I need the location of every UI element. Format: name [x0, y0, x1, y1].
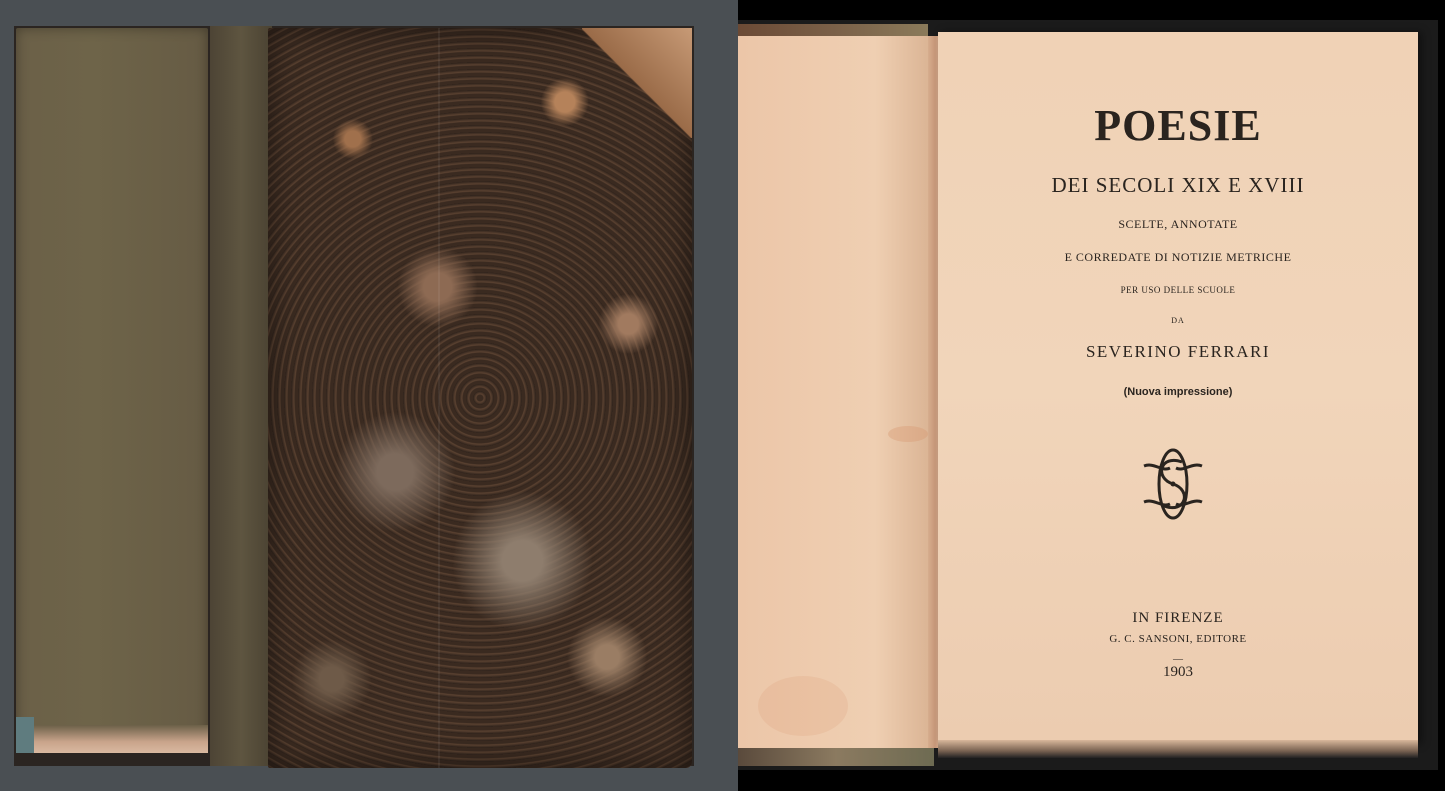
cloth-spine	[16, 28, 208, 753]
worn-corner	[582, 28, 692, 138]
by-label: DA	[938, 316, 1418, 325]
marbled-cover-board	[268, 28, 692, 768]
subtitle-line-3: PER USO DELLE SCUOLE	[938, 285, 1418, 295]
crease-line	[438, 28, 440, 768]
title-page: POESIE DEI SECOLI XIX E XVIII SCELTE, AN…	[938, 32, 1418, 744]
book-subtitle: DEI SECOLI XIX E XVIII	[938, 173, 1418, 198]
foxing-stain	[888, 426, 928, 442]
author-name: SEVERINO FERRARI	[938, 342, 1418, 362]
spine-corner	[16, 717, 34, 753]
publisher-name: G. C. SANSONI, EDITORE	[938, 633, 1418, 645]
subtitle-line-1: SCELTE, ANNOTATE	[938, 217, 1418, 232]
water-stain	[758, 676, 848, 736]
publisher-monogram-icon	[1140, 444, 1206, 524]
page-block-edge	[938, 740, 1418, 758]
cloth-hinge-strip	[210, 26, 272, 766]
edition-note: (Nuova impressione)	[938, 386, 1418, 398]
subtitle-line-2: E CORREDATE DI NOTIZIE METRICHE	[938, 250, 1418, 265]
frayed-spine-edge	[16, 725, 208, 753]
publication-city: IN FIRENZE	[938, 610, 1418, 627]
endpaper-left	[738, 36, 934, 748]
closed-book-photo	[0, 0, 738, 791]
spine-bottom-edge	[738, 748, 934, 766]
publication-year: 1903	[938, 664, 1418, 681]
book-title: POESIE	[938, 100, 1418, 151]
open-book-photo: POESIE DEI SECOLI XIX E XVIII SCELTE, AN…	[738, 0, 1445, 791]
